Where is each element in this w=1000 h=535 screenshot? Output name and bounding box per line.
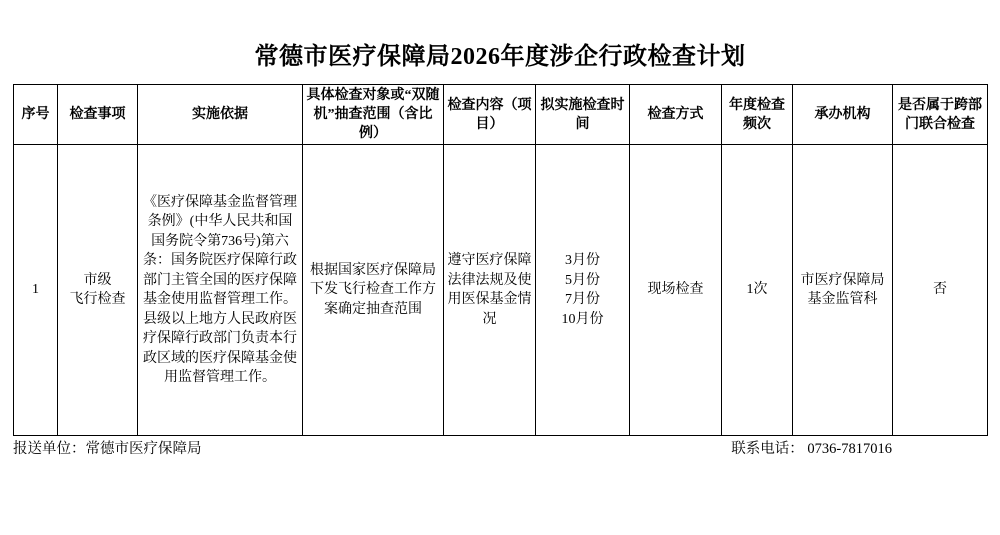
cell-frequency: 1次: [722, 145, 793, 436]
cell-content: 遵守医疗保障法律法规及使用医保基金情况: [444, 145, 536, 436]
cell-basis: 《医疗保障基金监督管理条例》(中华人民共和国国务院令第736号)第六条：国务院医…: [138, 145, 303, 436]
cell-agency: 市医疗保障局 基金监管科: [793, 145, 893, 436]
col-header-method: 检查方式: [630, 85, 722, 145]
table-row: 1 市级 飞行检查 《医疗保障基金监督管理条例》(中华人民共和国国务院令第736…: [14, 145, 988, 436]
col-header-frequency: 年度检查频次: [722, 85, 793, 145]
cell-joint: 否: [893, 145, 988, 436]
contact-phone-label: 联系电话： 0736-7817016: [731, 439, 892, 459]
page-title: 常德市医疗保障局2026年度涉企行政检查计划: [0, 36, 1000, 71]
col-header-seq: 序号: [14, 85, 58, 145]
cell-time: 3月份 5月份 7月份 10月份: [536, 145, 630, 436]
cell-seq: 1: [14, 145, 58, 436]
report-unit-label: 报送单位：常德市医疗保障局: [13, 439, 202, 459]
cell-scope: 根据国家医疗保障局下发飞行检查工作方案确定抽查范围: [303, 145, 444, 436]
col-header-content: 检查内容（项目）: [444, 85, 536, 145]
cell-item: 市级 飞行检查: [58, 145, 138, 436]
col-header-basis: 实施依据: [138, 85, 303, 145]
document-footer: 报送单位：常德市医疗保障局 联系电话： 0736-7817016: [13, 439, 988, 459]
cell-method: 现场检查: [630, 145, 722, 436]
col-header-joint: 是否属于跨部门联合检查: [893, 85, 988, 145]
col-header-item: 检查事项: [58, 85, 138, 145]
col-header-agency: 承办机构: [793, 85, 893, 145]
table-header-row: 序号 检查事项 实施依据 具体检查对象或“双随机”抽查范围（含比例） 检查内容（…: [14, 85, 988, 145]
col-header-time: 拟实施检查时间: [536, 85, 630, 145]
col-header-scope: 具体检查对象或“双随机”抽查范围（含比例）: [303, 85, 444, 145]
inspection-plan-table: 序号 检查事项 实施依据 具体检查对象或“双随机”抽查范围（含比例） 检查内容（…: [13, 84, 988, 436]
